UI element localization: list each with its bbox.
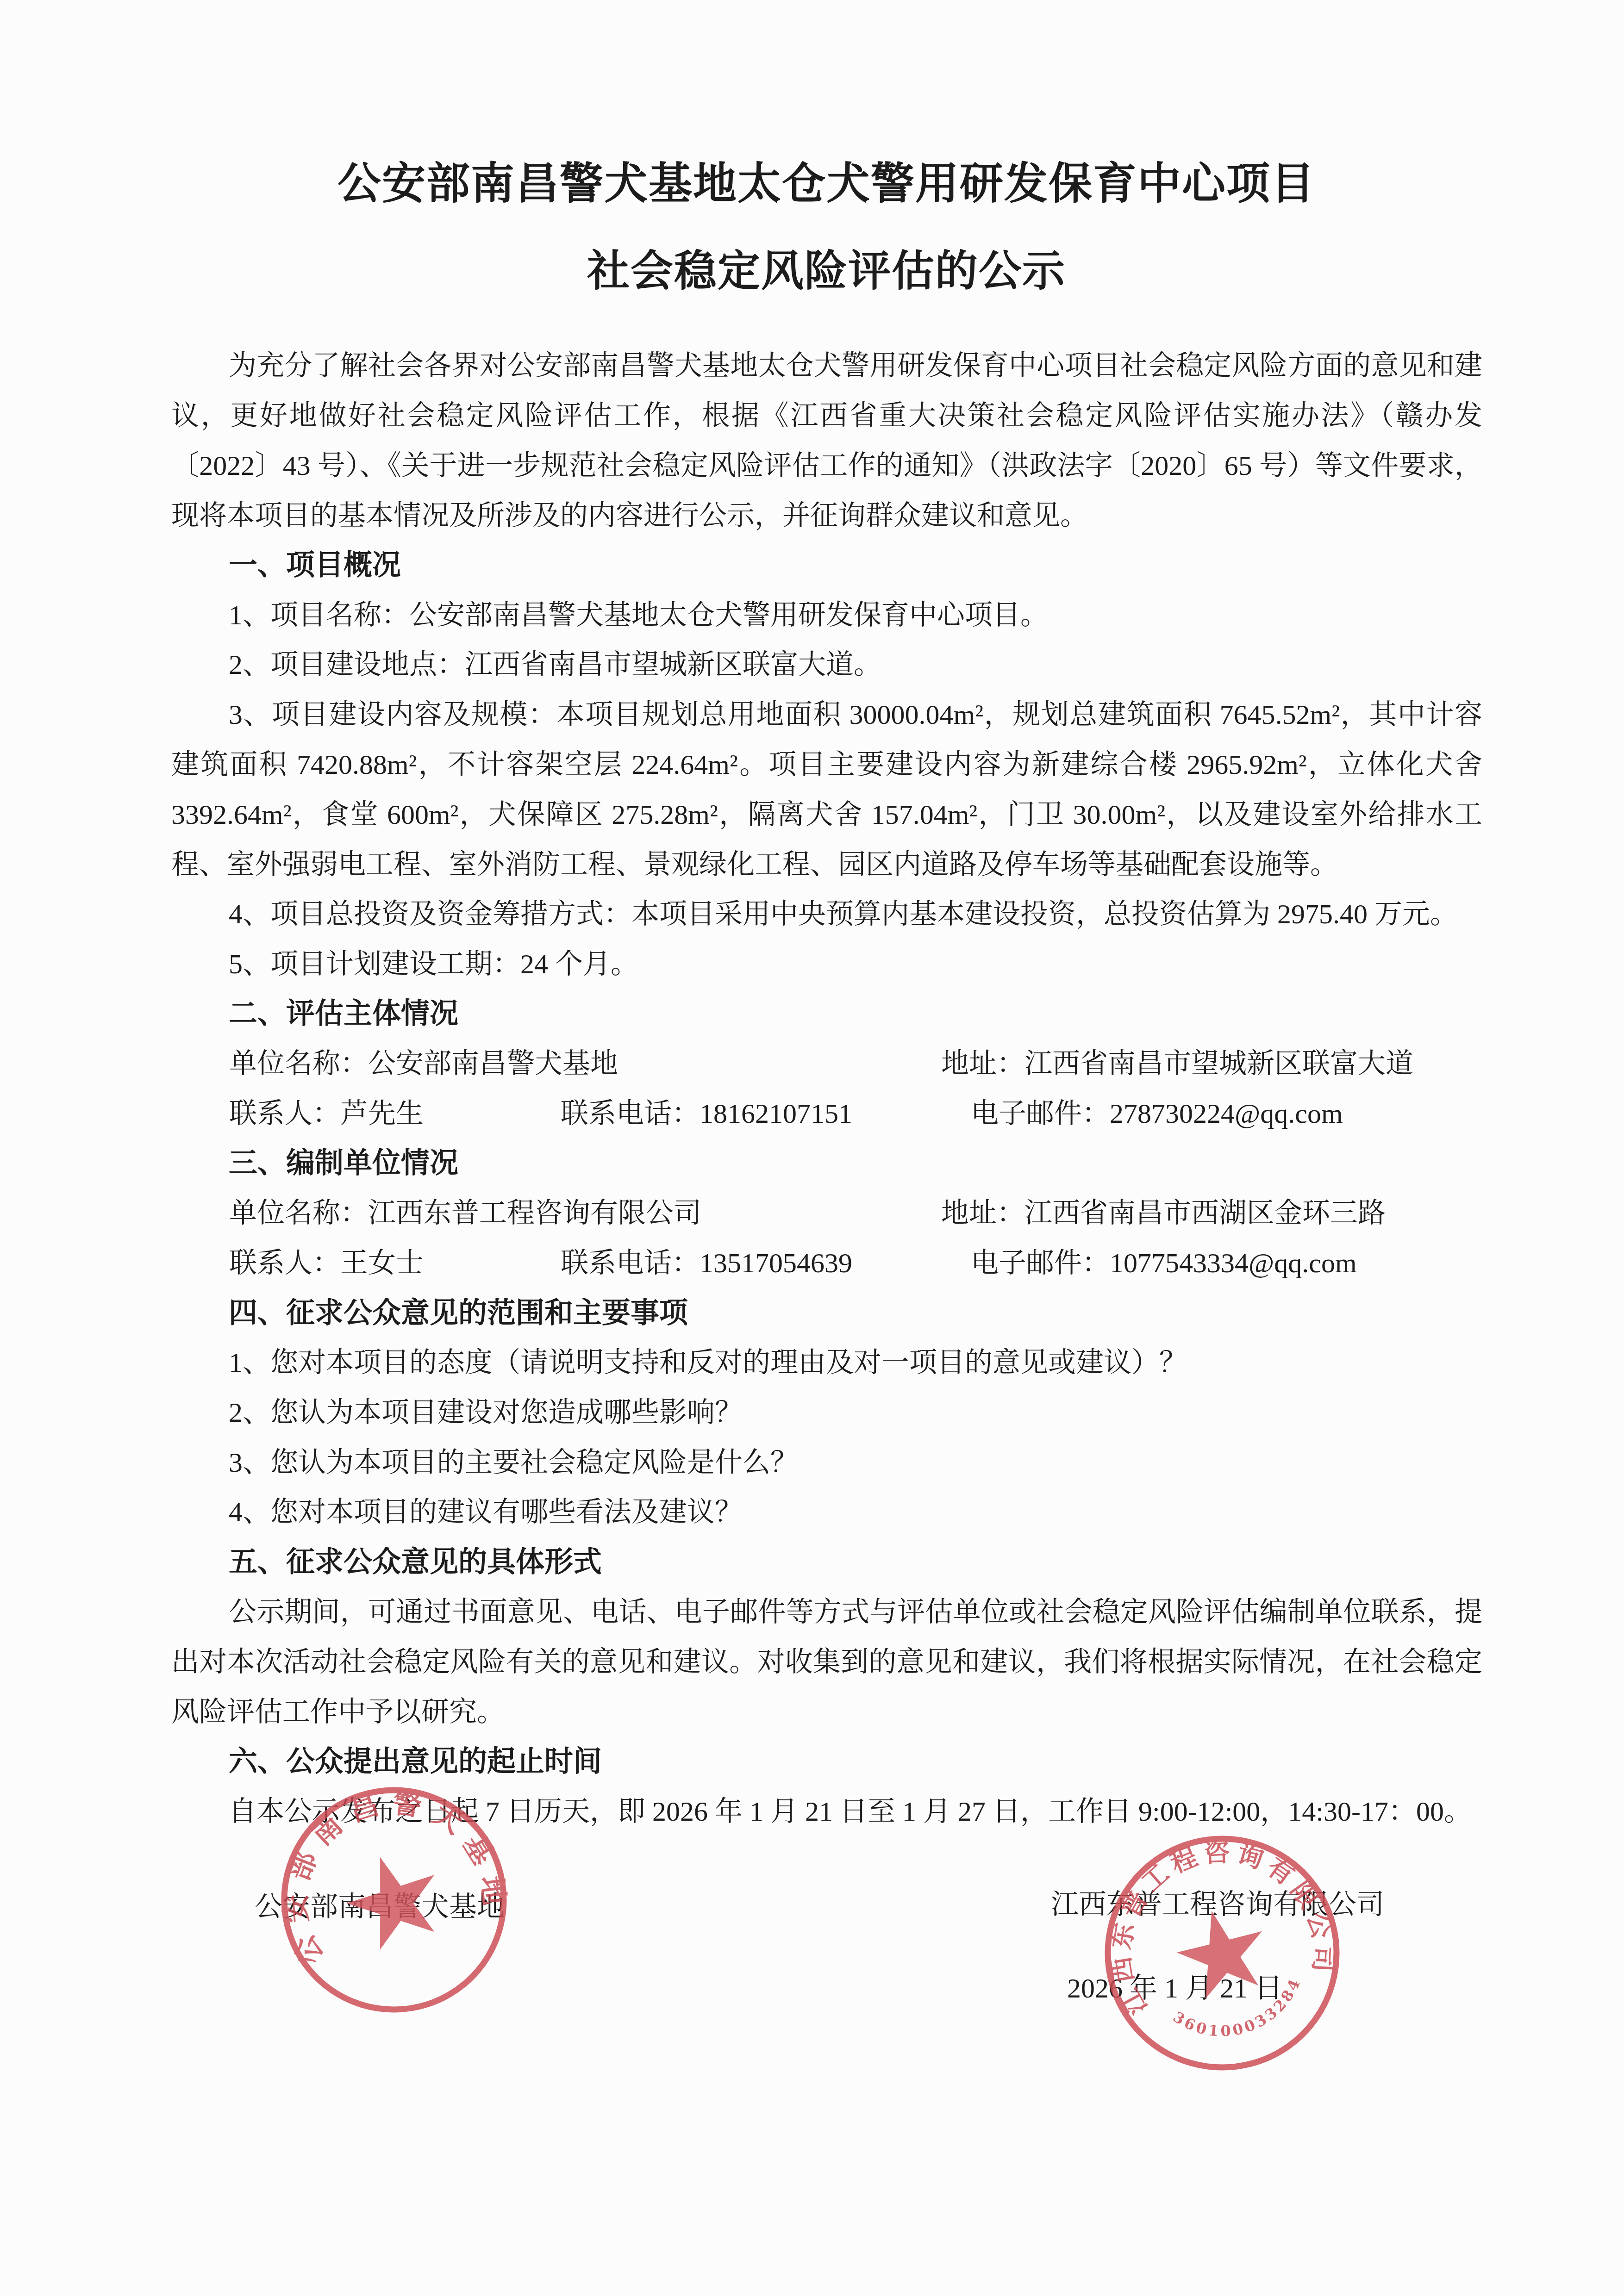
question-2: 2、您认为本项目建设对您造成哪些影响？ [171,1388,1482,1437]
prep-unit-contact: 联系人：王女士 [229,1238,424,1288]
email-value: 278730224@qq.com [1110,1098,1343,1129]
prep-unit-name: 单位名称：江西东普工程咨询有限公司 [229,1188,701,1238]
contact-label: 联系人： [229,1098,340,1129]
section3-heading: 三、编制单位情况 [171,1138,1482,1188]
unit-name-value: 公安部南昌警犬基地 [368,1048,618,1079]
intro-paragraph: 为充分了解社会各界对公安部南昌警犬基地太仓犬警用研发保育中心项目社会稳定风险方面… [171,341,1482,541]
assessment-unit-contact: 联系人：芦先生 [229,1089,424,1139]
prep-unit-phone: 联系电话：13517054639 [561,1238,852,1288]
assessment-unit-address: 地址：江西省南昌市望城新区联富大道 [941,1039,1413,1089]
prep-unit-contact-row: 联系人：王女士 联系电话：13517054639 电子邮件：1077543334… [0,1238,1624,1288]
assessment-unit-email: 电子邮件：278730224@qq.com [971,1089,1343,1139]
phone-label: 联系电话： [561,1098,700,1129]
section1-heading: 一、项目概况 [171,540,1482,590]
star-icon [336,1843,451,1955]
notice-document-page: 公安部南昌警犬基地太仓犬警用研发保育中心项目 社会稳定风险评估的公示 为充分了解… [0,0,1624,2296]
star-icon [1169,1900,1274,2003]
assessment-unit-name-row: 单位名称：公安部南昌警犬基地 地址：江西省南昌市望城新区联富大道 [0,1039,1624,1089]
section5-heading: 五、征求公众意见的具体形式 [171,1537,1482,1587]
project-location-item: 2、项目建设地点：江西省南昌市望城新区联富大道。 [171,640,1482,690]
prep-unit-name-row: 单位名称：江西东普工程咨询有限公司 地址：江西省南昌市西湖区金环三路 [0,1188,1624,1238]
prep-unit-address: 地址：江西省南昌市西湖区金环三路 [941,1188,1386,1238]
assessment-unit-contact-row: 联系人：芦先生 联系电话：18162107151 电子邮件：278730224@… [0,1089,1624,1139]
document-title-line1: 公安部南昌警犬基地太仓犬警用研发保育中心项目 [29,154,1624,214]
section4-heading: 四、征求公众意见的范围和主要事项 [171,1288,1482,1338]
stamp-arc-text: 公安部南昌警犬基地 [274,1780,514,1973]
prep-unit-email: 电子邮件：1077543334@qq.com [971,1238,1357,1288]
email-value: 1077543334@qq.com [1110,1248,1357,1278]
unit-name-label: 单位名称： [229,1198,368,1228]
email-label: 电子邮件： [971,1248,1110,1278]
unit-name-label: 单位名称： [229,1048,368,1079]
svg-text:公安部南昌警犬基地: 公安部南昌警犬基地 [274,1780,514,1973]
question-4: 4、您对本项目的建议有哪些看法及建议？ [171,1487,1482,1537]
unit-name-value: 江西东普工程咨询有限公司 [368,1198,701,1228]
unit-addr-value: 江西省南昌市西湖区金环三路 [1024,1198,1386,1228]
project-investment-item: 4、项目总投资及资金筹措方式：本项目采用中央预算内基本建设投资，总投资估算为 2… [171,889,1482,939]
section2-heading: 二、评估主体情况 [171,989,1482,1039]
phone-value: 18162107151 [700,1098,852,1129]
official-stamp-left: 公安部南昌警犬基地 [274,1780,514,2020]
official-stamp-right: 江西东普工程咨询有限公司 3601000332849 [1097,1828,1347,2078]
phone-value: 13517054639 [700,1248,852,1278]
phone-label: 联系电话： [561,1248,700,1278]
email-label: 电子邮件： [971,1098,1110,1129]
project-name-item: 1、项目名称：公安部南昌警犬基地太仓犬警用研发保育中心项目。 [171,590,1482,640]
project-scale-item: 3、项目建设内容及规模：本项目规划总用地面积 30000.04m²，规划总建筑面… [171,690,1482,890]
unit-addr-value: 江西省南昌市望城新区联富大道 [1024,1048,1413,1079]
contact-label: 联系人： [229,1248,340,1278]
section6-heading: 六、公众提出意见的起止时间 [171,1736,1482,1786]
document-title-line2: 社会稳定风险评估的公示 [29,241,1624,301]
assessment-unit-name: 单位名称：公安部南昌警犬基地 [229,1039,618,1089]
question-1: 1、您对本项目的态度（请说明支持和反对的理由及对一项目的意见或建议）？ [171,1338,1482,1388]
unit-addr-label: 地址： [941,1198,1024,1228]
question-3: 3、您认为本项目的主要社会稳定风险是什么？ [171,1437,1482,1487]
contact-value: 王女士 [340,1248,424,1278]
unit-addr-label: 地址： [941,1048,1024,1079]
project-schedule-item: 5、项目计划建设工期：24 个月。 [171,939,1482,989]
form-paragraph: 公示期间，可通过书面意见、电话、电子邮件等方式与评估单位或社会稳定风险评估编制单… [171,1587,1482,1737]
assessment-unit-phone: 联系电话：18162107151 [561,1089,852,1139]
contact-value: 芦先生 [340,1098,424,1129]
